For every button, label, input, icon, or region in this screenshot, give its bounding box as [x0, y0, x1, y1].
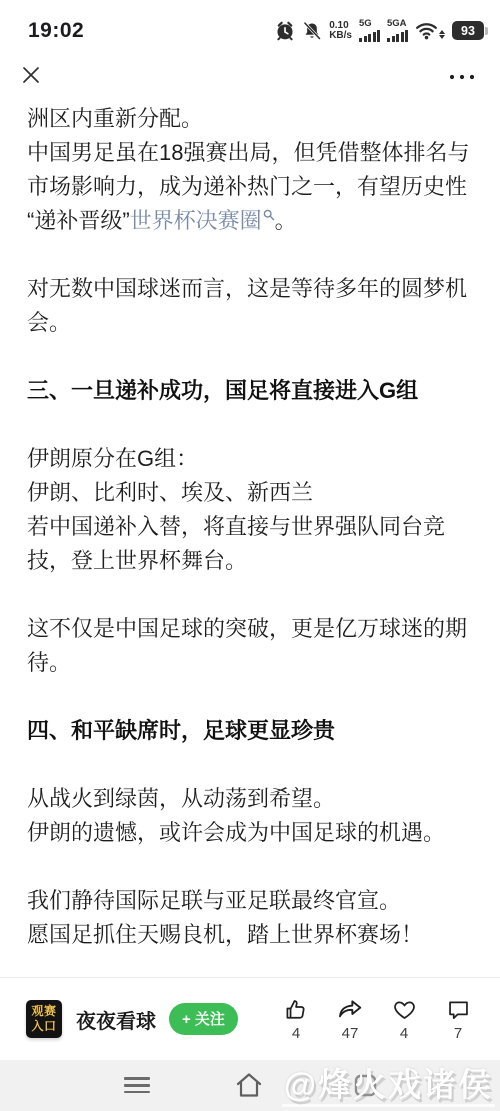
like-button[interactable]: 4: [280, 997, 312, 1042]
search-link[interactable]: 世界杯决赛圈: [130, 208, 275, 233]
author-avatar[interactable]: 观赛 入口: [26, 1000, 62, 1038]
phone-screen: 19:02 0.10 KB/s 5G 5GA: [0, 0, 500, 1111]
network-speed: 0.10 KB/s: [329, 21, 352, 41]
watermark-text: @烽火戏诸侯: [282, 1067, 495, 1107]
share-count: 47: [342, 1026, 359, 1042]
recents-square-icon: [354, 1085, 377, 1100]
paragraph: 我们静待国际足联与亚足联最终官宣。 愿国足抓住天赐良机，踏上世界杯赛场！: [27, 884, 473, 952]
home-icon: [233, 1087, 265, 1102]
menu-button[interactable]: [124, 1077, 150, 1097]
status-icons: 0.10 KB/s 5G 5GA 93: [275, 19, 488, 42]
close-icon: [20, 64, 42, 89]
search-icon: [263, 201, 275, 226]
author-bar: 观赛 入口 夜夜看球 + 关注 4 47 4: [0, 977, 500, 1060]
section-heading-3: 三、一旦递补成功，国足将直接进入G组: [27, 374, 473, 408]
follow-button[interactable]: + 关注: [169, 1003, 238, 1035]
paragraph: 洲区内重新分配。 中国男足虽在18强赛出局，但凭借整体排名与 市场影响力，成为递…: [27, 102, 473, 238]
more-dots-icon: [448, 69, 476, 84]
wifi-icon: [415, 21, 445, 40]
data-transfer-arrows-icon: [439, 30, 445, 40]
share-arrow-icon: [336, 997, 364, 1023]
bottom-nav-bar: @烽火戏诸侯: [0, 1060, 500, 1111]
close-button[interactable]: [18, 62, 44, 91]
comment-bubble-icon: [445, 997, 472, 1023]
paragraph: 这不仅是中国足球的突破，更是亿万球迷的期 待。: [27, 612, 473, 680]
status-bar: 19:02 0.10 KB/s 5G 5GA: [0, 0, 500, 55]
thumbs-up-icon: [283, 997, 310, 1023]
signal-5ga-icon: 5GA: [387, 19, 408, 42]
comment-count: 7: [454, 1026, 462, 1042]
favorite-button[interactable]: 4: [388, 997, 420, 1042]
action-bar: 4 47 4 7: [280, 997, 482, 1042]
battery-indicator: 93: [452, 21, 488, 40]
like-count: 4: [292, 1026, 300, 1042]
article-body: 洲区内重新分配。 中国男足虽在18强赛出局，但凭借整体排名与 市场影响力，成为递…: [0, 97, 500, 977]
heart-icon: [391, 997, 418, 1023]
recents-button[interactable]: [354, 1074, 377, 1100]
signal-5g-icon: 5G: [359, 19, 380, 42]
notifications-muted-icon: [302, 21, 322, 41]
author-name[interactable]: 夜夜看球: [76, 1005, 156, 1034]
home-button[interactable]: [233, 1071, 265, 1102]
favorite-count: 4: [400, 1026, 408, 1042]
app-header: [0, 55, 500, 97]
paragraph: 对无数中国球迷而言，这是等待多年的圆梦机 会。: [27, 272, 473, 340]
paragraph: 伊朗原分在G组： 伊朗、比利时、埃及、新西兰 若中国递补入替，将直接与世界强队同…: [27, 442, 473, 578]
more-button[interactable]: [446, 67, 478, 86]
paragraph: 从战火到绿茵，从动荡到希望。 伊朗的遗憾，或许会成为中国足球的机遇。: [27, 782, 473, 850]
comment-button[interactable]: 7: [442, 997, 474, 1042]
clock: 19:02: [28, 19, 84, 43]
share-button[interactable]: 47: [334, 997, 366, 1042]
section-heading-4: 四、和平缺席时，足球更显珍贵: [27, 714, 473, 748]
alarm-icon: [275, 21, 295, 41]
